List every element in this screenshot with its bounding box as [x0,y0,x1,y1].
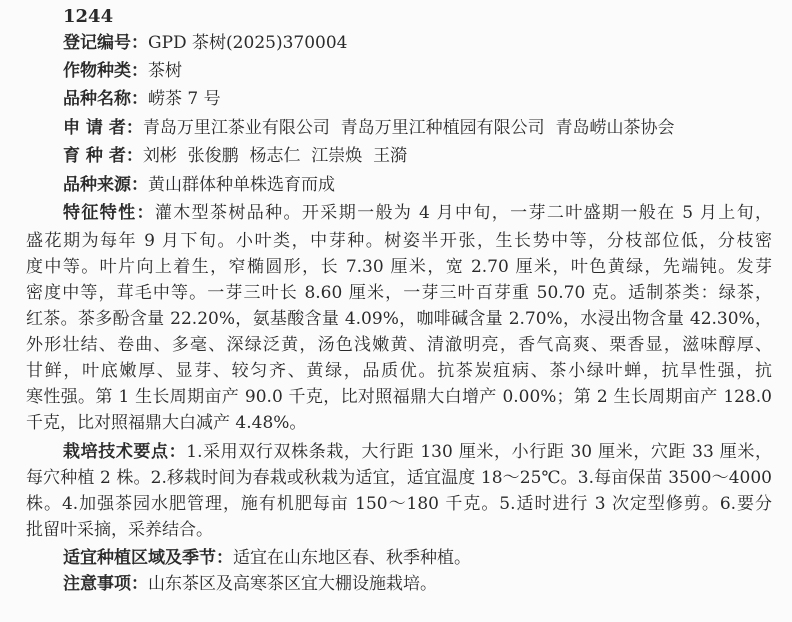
cultivation-line: 每穴种植 2 株。2.移栽时间为春栽或秋栽为适宜，适宜温度 18～25℃。3.每… [26,465,772,491]
cultivation-line: 批留叶采摘，采养结合。 [26,517,772,543]
characteristics-line: 甘鲜，叶底嫩厚、显芽、较匀齐、黄绿，品质优。抗茶炭疽病、茶小绿叶蝉，抗旱性强，抗 [26,358,772,384]
characteristics-line: 千克，比对照福鼎大白减产 4.48%。 [26,410,772,436]
characteristics-line: 盛花期为每年 9 月下旬。小叶类，中芽种。树姿半开张，生长势中等，分枝部位低，分… [26,228,772,254]
cultivation-line: 栽培技术要点：1.采用双行双株条栽，大行距 130 厘米，小行距 30 厘米，穴… [63,439,772,465]
cultivation-line: 株。4.加强茶园水肥管理，施有机肥每亩 150～180 千克。5.适时进行 3 … [26,491,772,517]
field-applicant: 申 请 者：青岛万里江茶业有限公司 青岛万里江种植园有限公司 青岛崂山茶协会 [63,115,772,141]
characteristics-line: 红茶。茶多酚含量 22.20%，氨基酸含量 4.09%，咖啡碱含量 2.70%，… [26,306,772,332]
characteristics-line: 特征特性：灌木型茶树品种。开采期一般为 4 月中旬，一芽二叶盛期一般在 5 月上… [63,200,772,226]
field-variety-source: 品种来源：黄山群体种单株选育而成 [63,172,772,198]
characteristics-line: 外形壮结、卷曲、多毫、深绿泛黄，汤色浅嫩黄、清澈明亮，香气高爽、栗香显，滋味醇厚… [26,332,772,358]
field-notes: 注意事项：山东茶区及高寒茶区宜大棚设施栽培。 [63,571,772,597]
field-crop-type: 作物种类：茶树 [63,58,772,84]
field-breeder: 育 种 者：刘彬 张俊鹏 杨志仁 江崇焕 王漪 [63,143,772,169]
characteristics-line: 度中等。叶片向上着生，窄椭圆形，长 7.30 厘米，宽 2.70 厘米，叶色黄绿… [26,254,772,280]
field-registration-no: 登记编号：GPD 茶树(2025)370004 [63,30,772,56]
characteristics-line: 寒性强。第 1 生长周期亩产 90.0 千克，比对照福鼎大白增产 0.00%；第… [26,384,772,410]
field-suitable-region: 适宜种植区域及季节：适宜在山东地区春、秋季种植。 [63,545,772,571]
characteristics-line: 密度中等，茸毛中等。一芽三叶长 8.60 厘米，一芽三叶百芽重 50.70 克。… [26,280,772,306]
field-variety-name: 品种名称：崂茶 7 号 [63,86,772,112]
record-number: 1244 [63,4,772,30]
document-page: 1244 登记编号：GPD 茶树(2025)370004 作物种类：茶树 品种名… [0,0,792,622]
